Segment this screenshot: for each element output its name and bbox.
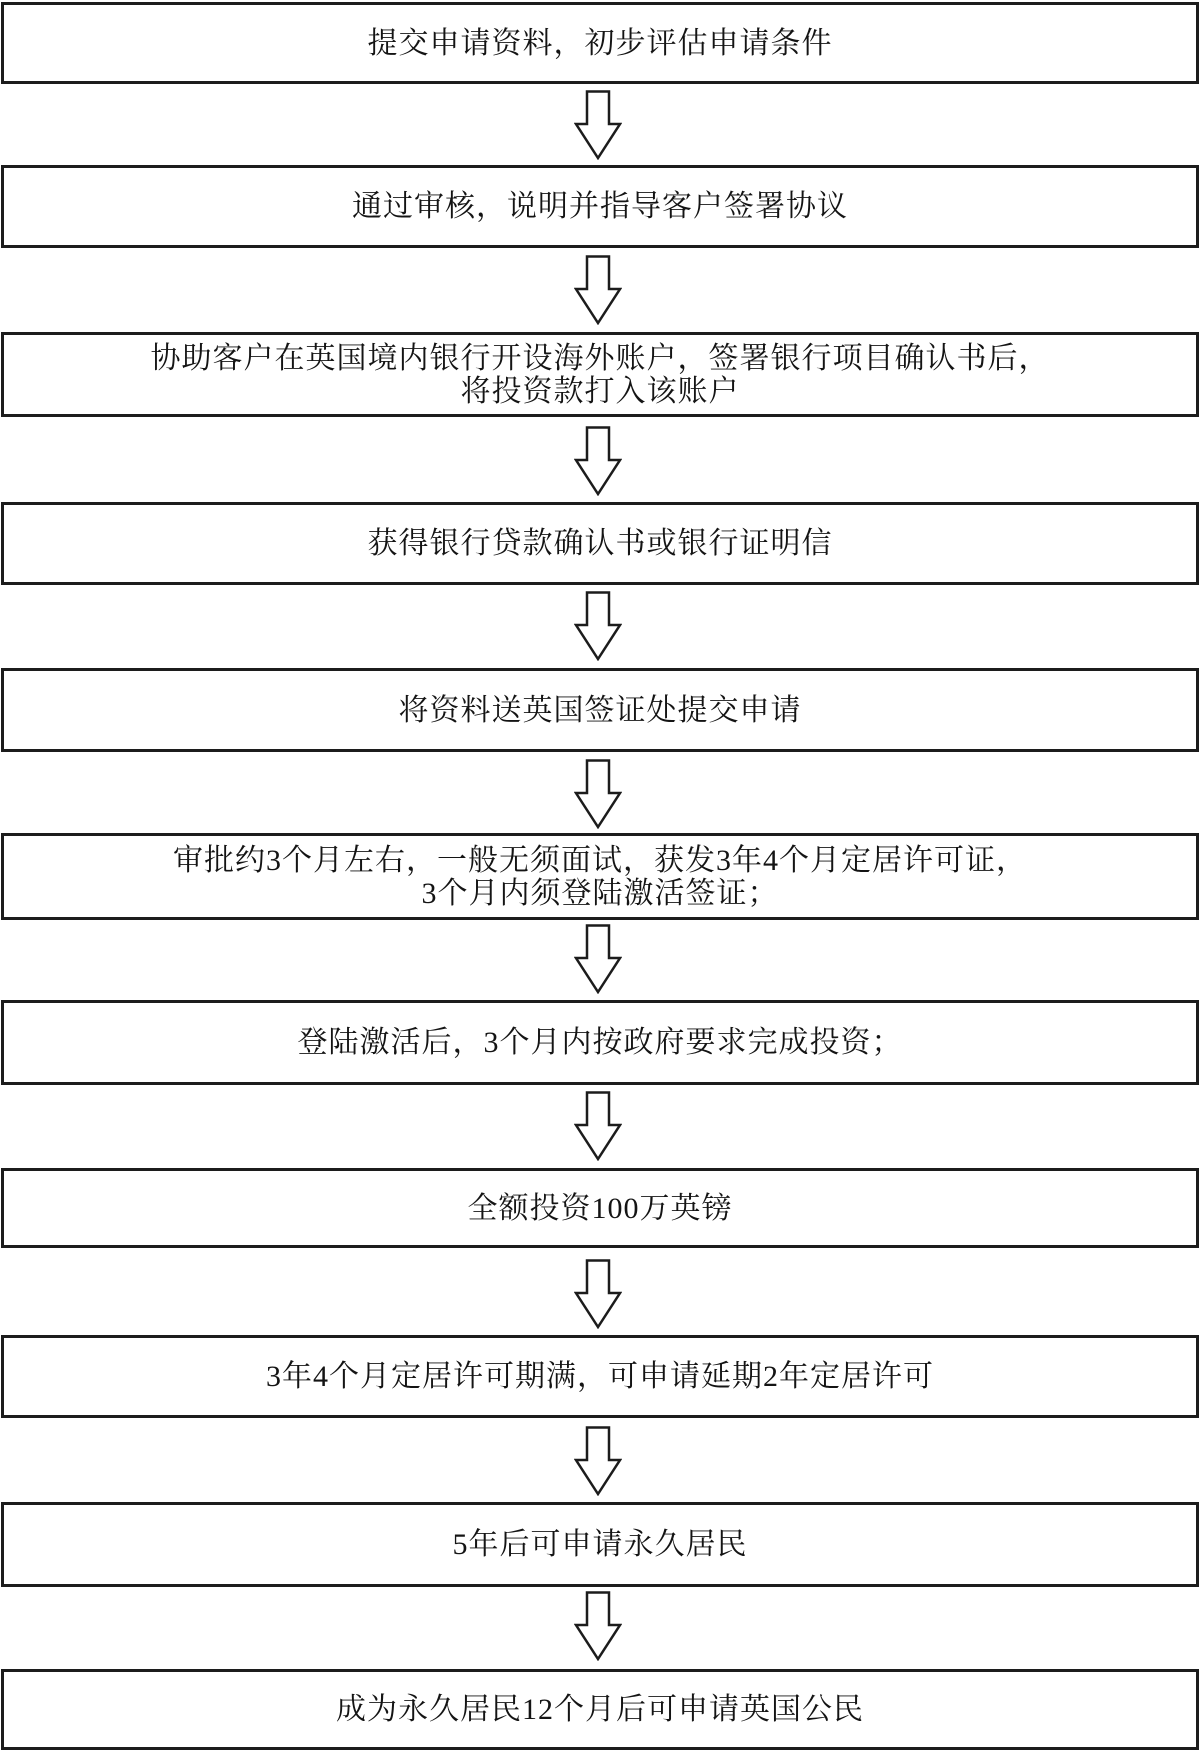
flow-step-11-text: 成为永久居民12个月后可申请英国公民 <box>336 1693 864 1726</box>
flow-step-4-text: 获得银行贷款确认书或银行证明信 <box>368 527 833 560</box>
flow-step-3: 协助客户在英国境内银行开设海外账户，签署银行项目确认书后， 将投资款打入该账户 <box>1 332 1199 417</box>
flow-step-9-text: 3年4个月定居许可期满，可申请延期2年定居许可 <box>266 1360 934 1393</box>
flow-step-9: 3年4个月定居许可期满，可申请延期2年定居许可 <box>1 1335 1199 1418</box>
flow-step-10: 5年后可申请永久居民 <box>1 1502 1199 1587</box>
down-arrow-icon <box>574 1591 622 1661</box>
flow-step-11: 成为永久居民12个月后可申请英国公民 <box>1 1669 1199 1750</box>
flow-step-1: 提交申请资料，初步评估申请条件 <box>1 2 1199 84</box>
flow-step-8: 全额投资100万英镑 <box>1 1168 1199 1248</box>
flow-step-7: 登陆激活后，3个月内按政府要求完成投资； <box>1 1000 1199 1085</box>
flow-step-3-text: 协助客户在英国境内银行开设海外账户，签署银行项目确认书后， 将投资款打入该账户 <box>151 342 1050 408</box>
down-arrow-icon <box>574 426 622 496</box>
down-arrow-icon <box>574 255 622 325</box>
down-arrow-icon <box>574 591 622 661</box>
flow-step-10-text: 5年后可申请永久居民 <box>453 1528 748 1561</box>
flow-step-6-text: 审批约3个月左右，一般无须面试，获发3年4个月定居许可证， 3个月内须登陆激活签… <box>173 844 1027 910</box>
down-arrow-icon <box>574 924 622 994</box>
flow-step-6: 审批约3个月左右，一般无须面试，获发3年4个月定居许可证， 3个月内须登陆激活签… <box>1 833 1199 920</box>
flow-step-1-text: 提交申请资料，初步评估申请条件 <box>368 27 833 60</box>
flow-step-5: 将资料送英国签证处提交申请 <box>1 668 1199 752</box>
down-arrow-icon <box>574 90 622 160</box>
flow-step-4: 获得银行贷款确认书或银行证明信 <box>1 502 1199 585</box>
down-arrow-icon <box>574 1259 622 1329</box>
flow-step-2: 通过审核，说明并指导客户签署协议 <box>1 165 1199 248</box>
flow-step-8-text: 全额投资100万英镑 <box>468 1192 733 1225</box>
down-arrow-icon <box>574 759 622 829</box>
flow-step-7-text: 登陆激活后，3个月内按政府要求完成投资； <box>298 1026 903 1059</box>
flow-step-2-text: 通过审核，说明并指导客户签署协议 <box>352 190 848 223</box>
down-arrow-icon <box>574 1091 622 1161</box>
down-arrow-icon <box>574 1426 622 1496</box>
flow-step-5-text: 将资料送英国签证处提交申请 <box>399 694 802 727</box>
